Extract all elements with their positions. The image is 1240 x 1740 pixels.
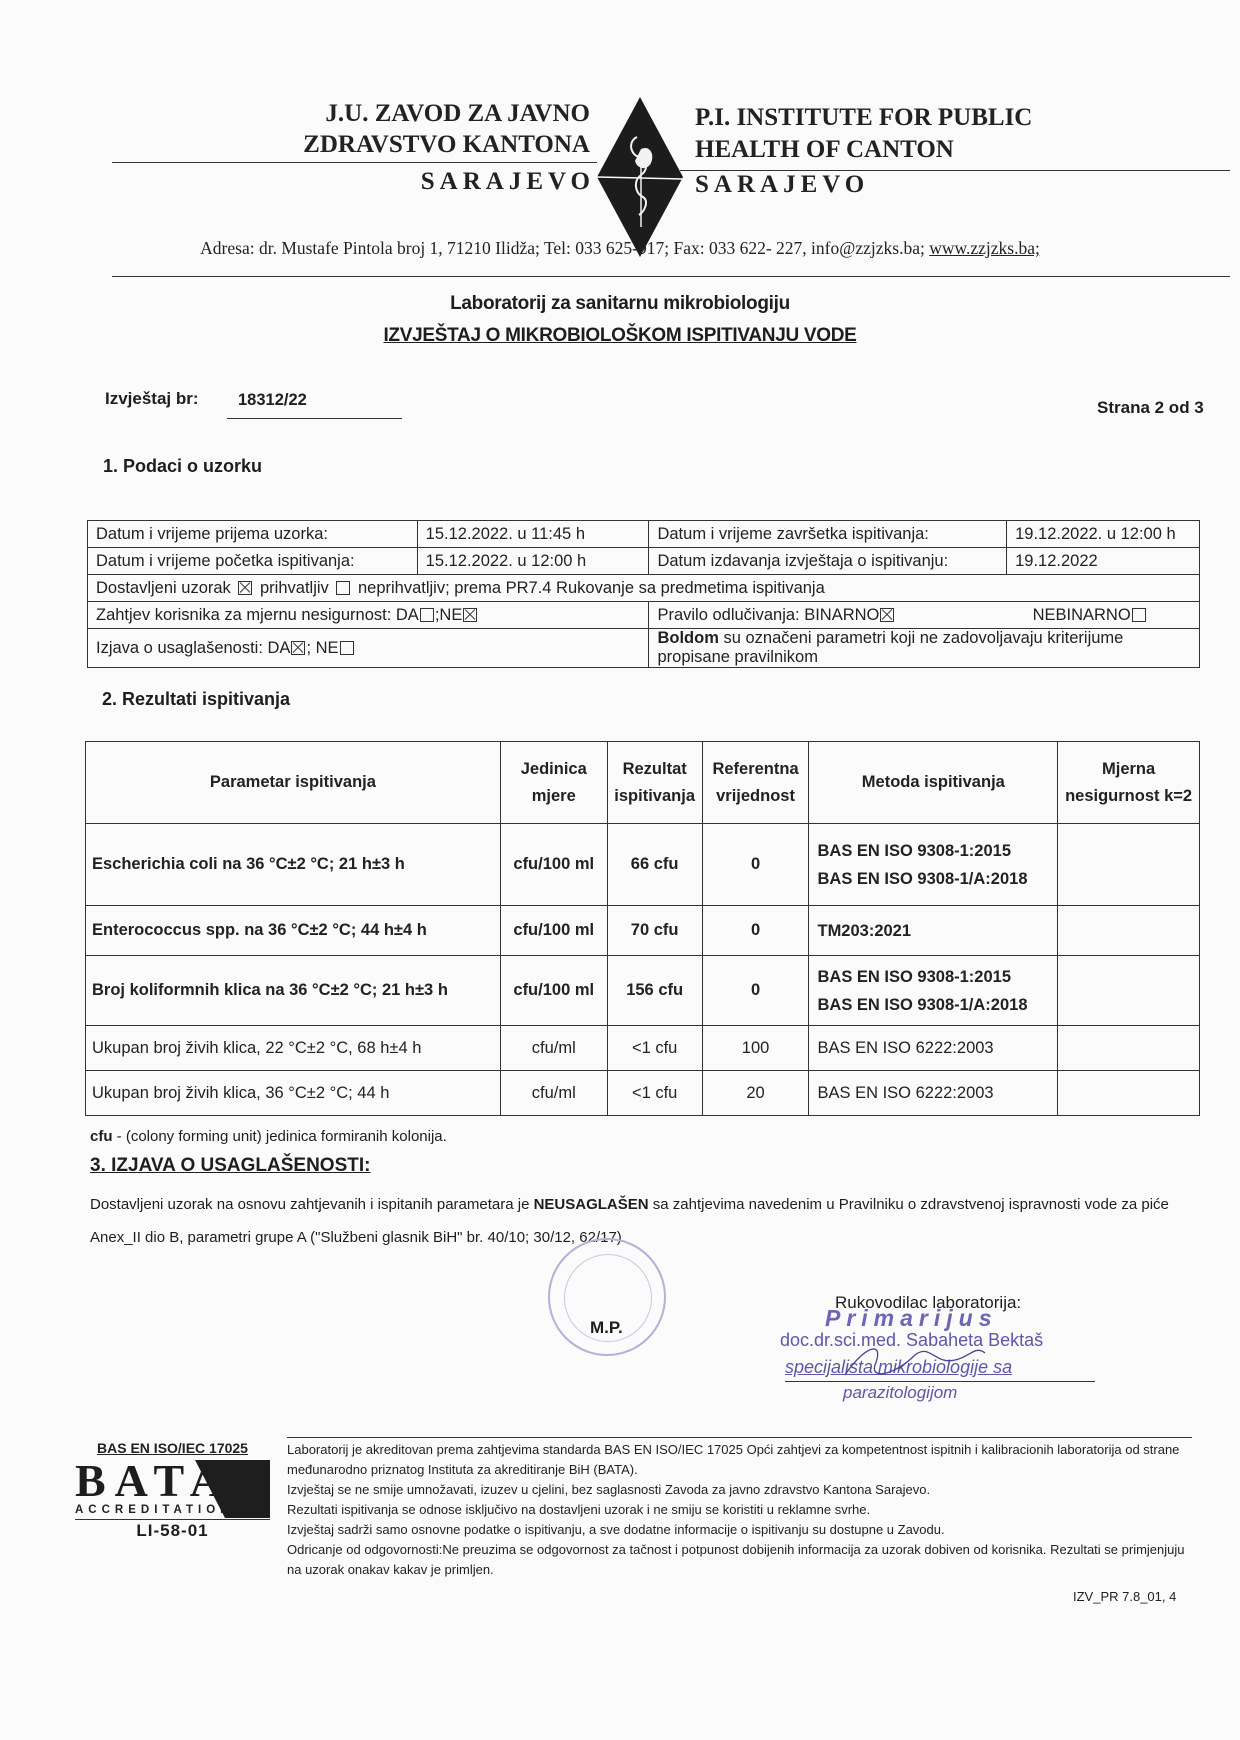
delivered-label: Dostavljeni uzorak — [96, 579, 231, 597]
table-row: Datum i vrijeme početka ispitivanja: 15.… — [88, 548, 1200, 575]
footer-disclaimer: Laboratorij je akreditovan prema zahtjev… — [287, 1440, 1192, 1580]
bold-note-cell: Boldom su označeni parametri koji ne zad… — [649, 629, 1200, 668]
table-row: Ukupan broj živih klica, 22 °C±2 °C, 68 … — [86, 1026, 1200, 1071]
footer-line: Rezultati ispitivanja se odnose isključi… — [287, 1500, 1192, 1520]
lab-head-specialty-2: parazitologijom — [843, 1383, 957, 1403]
conformity-ne-label: ; NE — [306, 639, 338, 657]
contact-address: Adresa: dr. Mustafe Pintola broj 1, 7121… — [0, 238, 1240, 259]
stamp-label: M.P. — [590, 1318, 623, 1338]
reference-cell: 0 — [702, 956, 809, 1026]
cfu-abbr: cfu — [90, 1128, 113, 1145]
address-rule — [112, 276, 1230, 277]
method-cell: BAS EN ISO 9308-1:2015BAS EN ISO 9308-1/… — [809, 824, 1058, 906]
acceptable-checkbox[interactable] — [238, 581, 252, 595]
institute-city-en: SARAJEVO — [695, 171, 869, 199]
report-number-label: Izvještaj br: — [105, 389, 199, 409]
sample-info-table: Datum i vrijeme prijema uzorka: 15.12.20… — [87, 520, 1200, 668]
method-cell: BAS EN ISO 6222:2003 — [809, 1071, 1058, 1116]
col-reference: Referentnavrijednost — [702, 742, 809, 824]
institute-name-bs-line1: J.U. ZAVOD ZA JAVNO — [325, 100, 590, 128]
footer-line: Izvještaj se ne smije umnožavati, izuzev… — [287, 1480, 1192, 1500]
uncertainty-cell — [1058, 1071, 1200, 1116]
conformity-ne-checkbox[interactable] — [340, 641, 354, 655]
uncertainty-cell — [1058, 824, 1200, 906]
table-row: Broj koliformnih klica na 36 °C±2 °C; 21… — [86, 956, 1200, 1026]
parameter-cell: Escherichia coli na 36 °C±2 °C; 21 h±3 h — [86, 824, 501, 906]
start-value: 15.12.2022. u 12:00 h — [417, 548, 649, 575]
table-row: Zahtjev korisnika za mjernu nesigurnost:… — [88, 602, 1200, 629]
lab-head-label: Rukovodilac laboratorija: — [835, 1293, 1021, 1313]
receipt-value: 15.12.2022. u 11:45 h — [417, 521, 649, 548]
uncertainty-cell — [1058, 906, 1200, 956]
method-cell: TM203:2021 — [809, 906, 1058, 956]
section2-title: 2. Rezultati ispitivanja — [102, 689, 290, 710]
end-label: Datum i vrijeme završetka ispitivanja: — [649, 521, 1007, 548]
footer-line: Laboratorij je akreditovan prema zahtjev… — [287, 1440, 1192, 1480]
parameter-cell: Ukupan broj živih klica, 22 °C±2 °C, 68 … — [86, 1026, 501, 1071]
report-title: IZVJEŠTAJ O MIKROBIOLOŠKOM ISPITIVANJU V… — [0, 325, 1240, 347]
report-number-underline — [227, 418, 402, 419]
footer-line: Izvještaj sadrži samo osnovne podatke o … — [287, 1520, 1192, 1540]
bata-wordmark: BATA — [75, 1454, 232, 1507]
col-method: Metoda ispitivanja — [809, 742, 1058, 824]
table-row: Enterococcus spp. na 36 °C±2 °C; 44 h±4 … — [86, 906, 1200, 956]
unit-cell: cfu/100 ml — [500, 906, 607, 956]
conformity-statement: Dostavljeni uzorak na osnovu zahtjevanih… — [90, 1188, 1210, 1254]
website-link[interactable]: www.zzjzks.ba; — [929, 238, 1040, 258]
acceptable-label: prihvatljiv — [260, 579, 329, 597]
result-cell: 66 cfu — [607, 824, 702, 906]
nonbinary-label: NEBINARNO — [1033, 606, 1131, 624]
unacceptable-checkbox[interactable] — [336, 581, 350, 595]
address-text: Adresa: dr. Mustafe Pintola broj 1, 7121… — [200, 238, 925, 258]
results-header-row: Parametar ispitivanja Jedinicamjere Rezu… — [86, 742, 1200, 824]
col-parameter: Parametar ispitivanja — [86, 742, 501, 824]
reference-cell: 100 — [702, 1026, 809, 1071]
caduceus-diamond-icon — [597, 97, 683, 257]
result-cell: <1 cfu — [607, 1071, 702, 1116]
conformity-cell: Izjava o usaglašenosti: DA; NE — [88, 629, 649, 668]
end-value: 19.12.2022. u 12:00 h — [1007, 521, 1200, 548]
table-row: Datum i vrijeme prijema uzorka: 15.12.20… — [88, 521, 1200, 548]
table-row: Escherichia coli na 36 °C±2 °C; 21 h±3 h… — [86, 824, 1200, 906]
method-cell: BAS EN ISO 6222:2003 — [809, 1026, 1058, 1071]
binary-checkbox[interactable] — [880, 608, 894, 622]
table-row: Ukupan broj živih klica, 36 °C±2 °C; 44 … — [86, 1071, 1200, 1116]
page-indicator: Strana 2 od 3 — [1097, 398, 1204, 418]
parameter-cell: Enterococcus spp. na 36 °C±2 °C; 44 h±4 … — [86, 906, 501, 956]
reference-cell: 0 — [702, 824, 809, 906]
unit-cell: cfu/ml — [500, 1071, 607, 1116]
receipt-label: Datum i vrijeme prijema uzorka: — [88, 521, 418, 548]
conformity-label: Izjava o usaglašenosti: DA — [96, 639, 290, 657]
delivered-sample-row: Dostavljeni uzorak prihvatljiv neprihvat… — [88, 575, 1200, 602]
uncertainty-request-cell: Zahtjev korisnika za mjernu nesigurnost:… — [88, 602, 649, 629]
table-row: Dostavljeni uzorak prihvatljiv neprihvat… — [88, 575, 1200, 602]
decision-rule-label: Pravilo odlučivanja: BINARNO — [657, 606, 879, 624]
bata-accreditation-logo: BAS EN ISO/IEC 17025 BATA ACCREDITATION … — [75, 1440, 270, 1541]
institute-city-bs: SARAJEVO — [421, 168, 595, 196]
bata-id: LI-58-01 — [75, 1519, 270, 1541]
institute-name-en-line2: HEALTH OF CANTON — [695, 136, 954, 164]
unacceptable-label: neprihvatljiv; prema PR7.4 Rukovanje sa … — [358, 579, 825, 597]
unit-cell: cfu/100 ml — [500, 824, 607, 906]
uncertainty-da-checkbox[interactable] — [420, 608, 434, 622]
col-result: Rezultatispitivanja — [607, 742, 702, 824]
nonbinary-checkbox[interactable] — [1132, 608, 1146, 622]
uncertainty-cell — [1058, 1026, 1200, 1071]
cfu-note: cfu - (colony forming unit) jedinica for… — [90, 1128, 447, 1145]
parameter-cell: Broj koliformnih klica na 36 °C±2 °C; 21… — [86, 956, 501, 1026]
lab-title: Laboratorij za sanitarnu mikrobiologiju — [0, 293, 1240, 315]
header-rule-left — [112, 162, 597, 163]
conformity-da-checkbox[interactable] — [291, 641, 305, 655]
section3-title: 3. IZJAVA O USAGLAŠENOSTI: — [90, 1155, 370, 1177]
result-cell: <1 cfu — [607, 1026, 702, 1071]
result-cell: 156 cfu — [607, 956, 702, 1026]
bold-note-emphasis: Boldom — [657, 629, 718, 647]
unit-cell: cfu/100 ml — [500, 956, 607, 1026]
issue-value: 19.12.2022 — [1007, 548, 1200, 575]
parameter-cell: Ukupan broj živih klica, 36 °C±2 °C; 44 … — [86, 1071, 501, 1116]
table-row: Izjava o usaglašenosti: DA; NE Boldom su… — [88, 629, 1200, 668]
form-code: IZV_PR 7.8_01, 4 — [1073, 1589, 1176, 1604]
header-rule-right — [680, 170, 1230, 171]
issue-label: Datum izdavanja izvještaja o ispitivanju… — [649, 548, 1007, 575]
official-stamp — [548, 1238, 666, 1356]
handwritten-signature — [835, 1335, 1005, 1385]
start-label: Datum i vrijeme početka ispitivanja: — [88, 548, 418, 575]
footer-line: Odricanje od odgovornosti:Ne preuzima se… — [287, 1540, 1192, 1580]
section1-title: 1. Podaci o uzorku — [103, 456, 262, 477]
result-cell: 70 cfu — [607, 906, 702, 956]
unit-cell: cfu/ml — [500, 1026, 607, 1071]
report-number: 18312/22 — [238, 391, 307, 410]
results-table: Parametar ispitivanja Jedinicamjere Rezu… — [85, 741, 1200, 1116]
uncertainty-cell — [1058, 956, 1200, 1026]
col-unit: Jedinicamjere — [500, 742, 607, 824]
col-uncertainty: Mjernanesigurnost k=2 — [1058, 742, 1200, 824]
reference-cell: 0 — [702, 906, 809, 956]
bold-note-text: su označeni parametri koji ne zadovoljav… — [657, 629, 1123, 666]
institute-name-en-line1: P.I. INSTITUTE FOR PUBLIC — [695, 104, 1032, 132]
footer-rule — [287, 1437, 1192, 1438]
nonconformant-verdict: NEUSAGLAŠEN — [534, 1196, 649, 1213]
decision-rule-cell: Pravilo odlučivanja: BINARNO NEBINARNO — [649, 602, 1200, 629]
cfu-definition: - (colony forming unit) jedinica formira… — [113, 1128, 447, 1145]
method-cell: BAS EN ISO 9308-1:2015BAS EN ISO 9308-1/… — [809, 956, 1058, 1026]
uncertainty-ne-label: ;NE — [435, 606, 463, 624]
uncertainty-label: Zahtjev korisnika za mjernu nesigurnost:… — [96, 606, 419, 624]
reference-cell: 20 — [702, 1071, 809, 1116]
uncertainty-ne-checkbox[interactable] — [463, 608, 477, 622]
institute-name-bs-line2: ZDRAVSTVO KANTONA — [303, 131, 590, 159]
